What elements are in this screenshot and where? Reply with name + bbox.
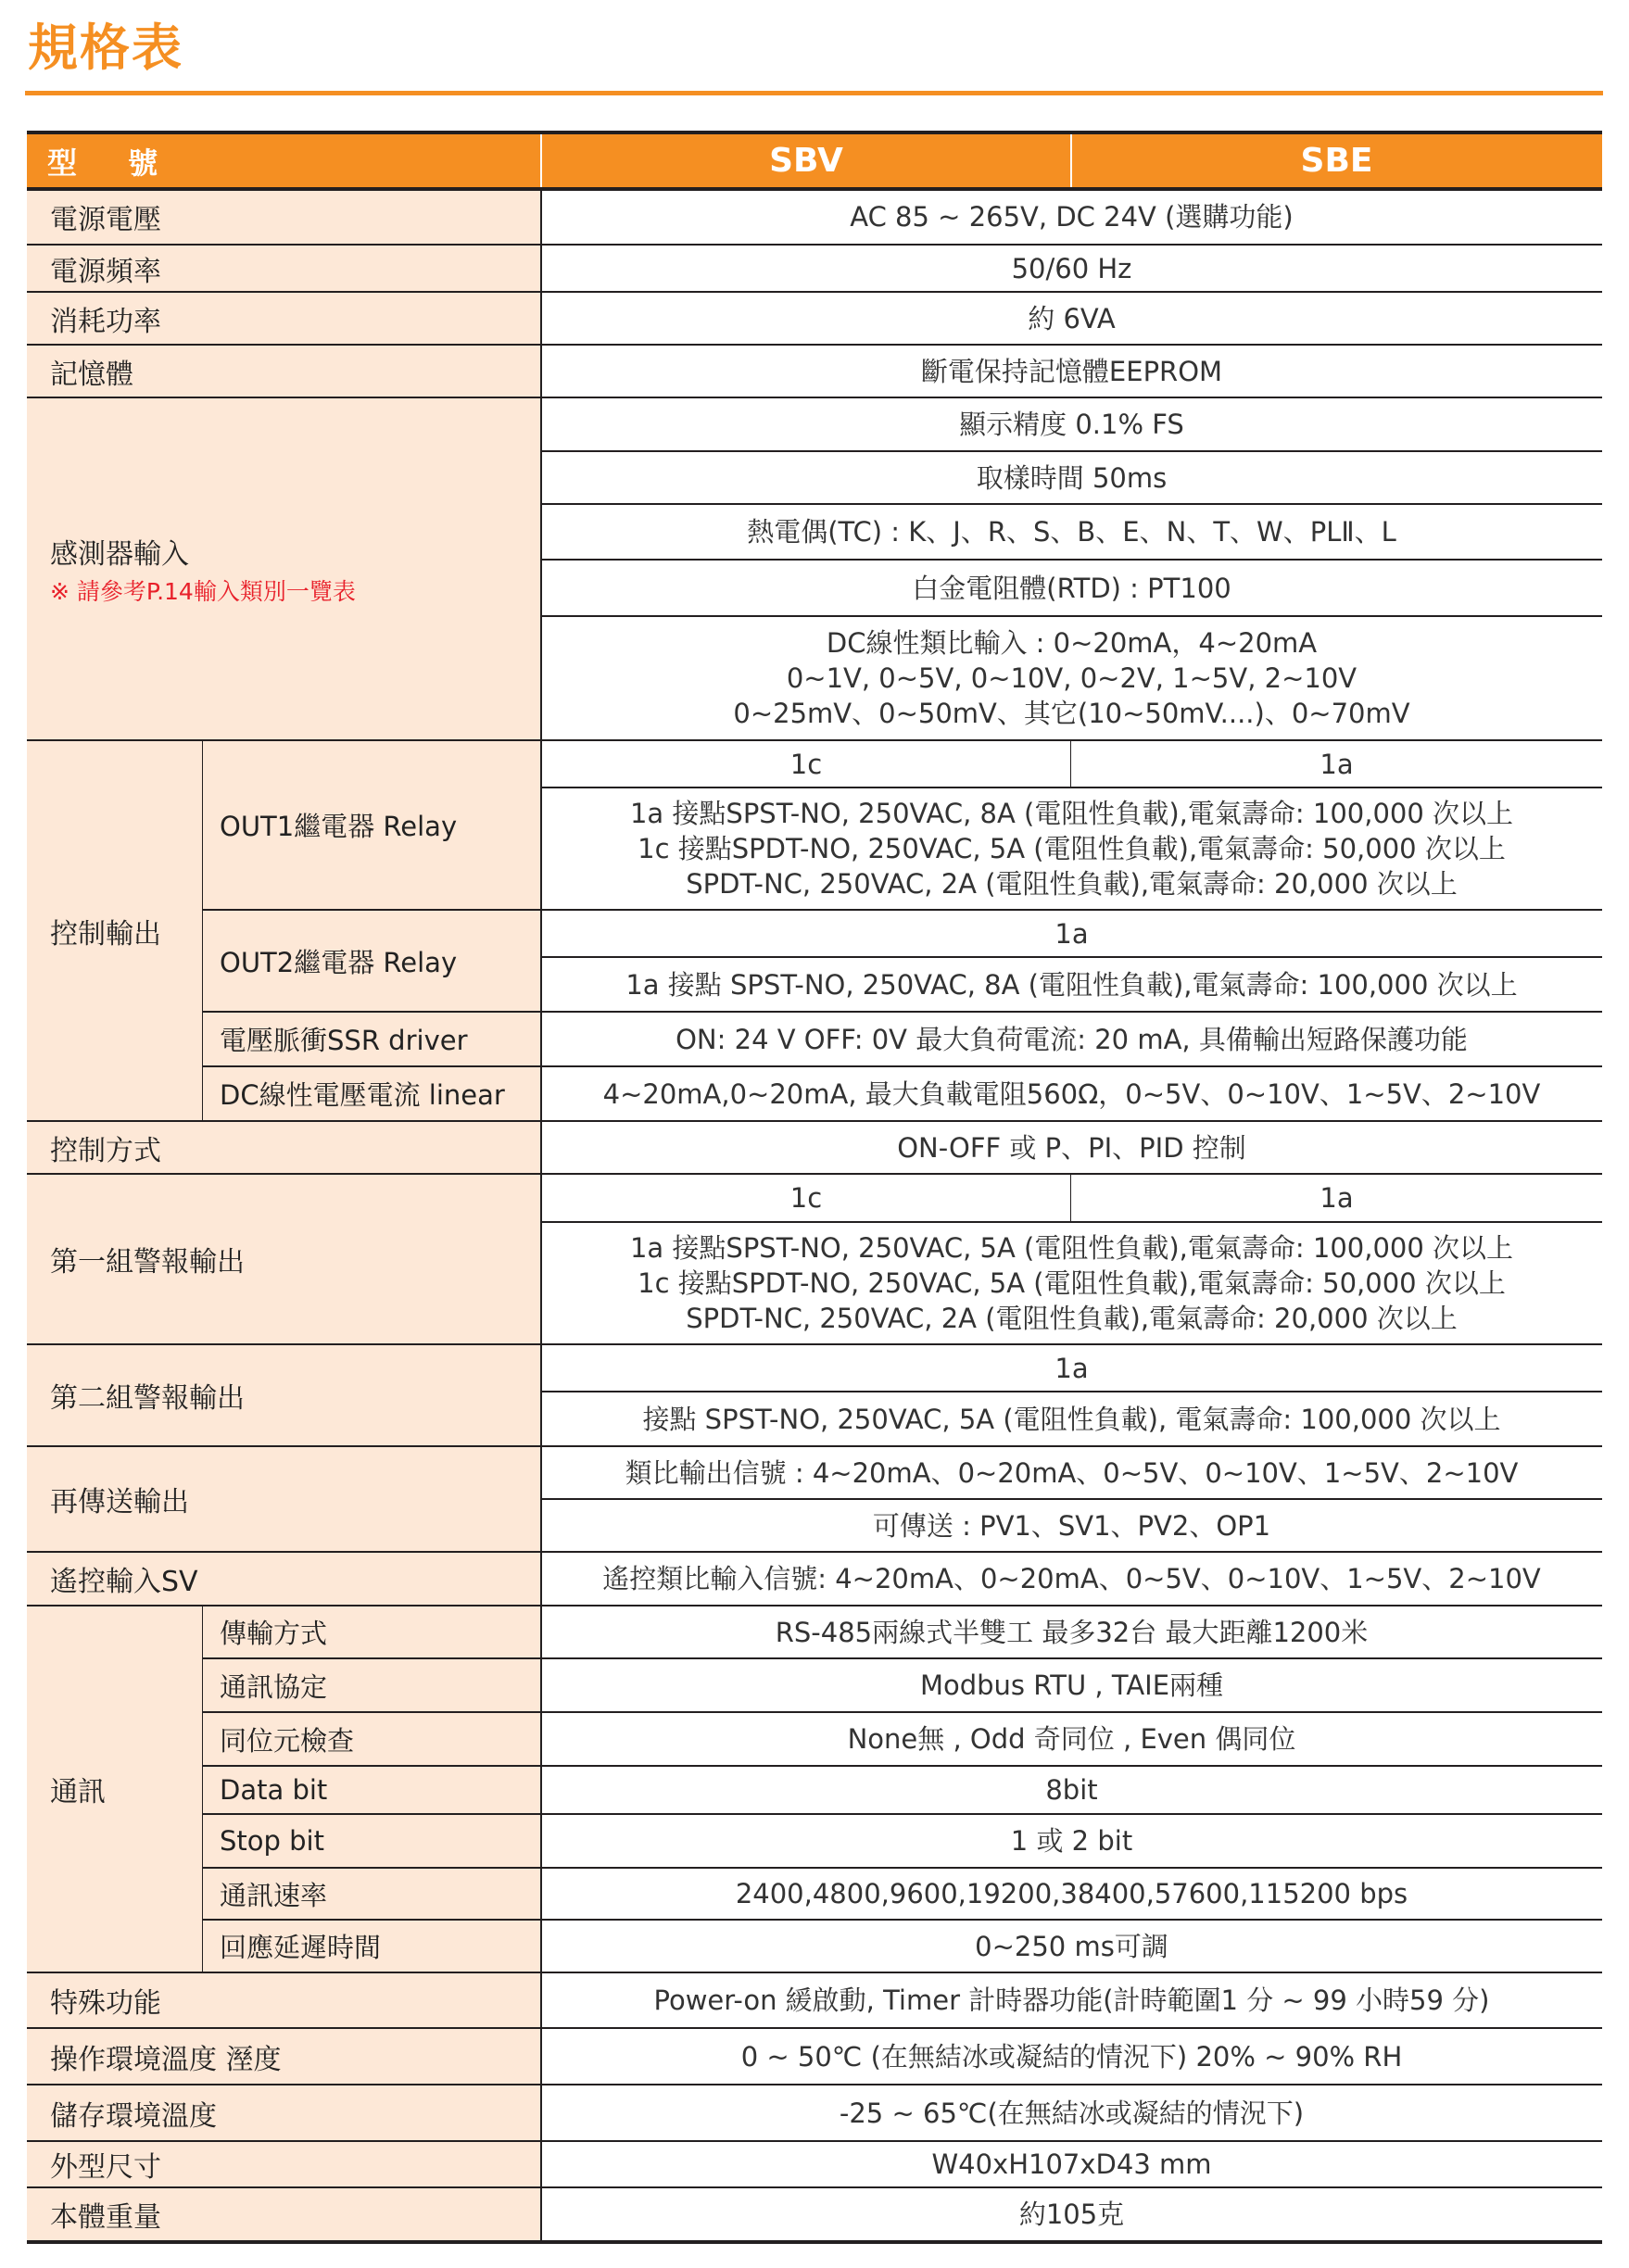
row-divider [203,1867,1602,1869]
row-divider [203,909,1602,911]
value-out2-type: 1a [541,910,1602,957]
value-power-frequency: 50/60 Hz [541,245,1602,292]
dc-input-line-1: DC線性類比輸入 : 0~20mA，4~20mA [827,625,1317,661]
model-split-divider [1070,1174,1071,1222]
label-control-output: 控制輸出 [27,740,203,1121]
value-power-voltage: AC 85 ~ 265V, DC 24V (選購功能) [541,189,1602,245]
label-comm-data-bit: Data bit [203,1766,541,1814]
out1-spec-line-2: 1c 接點SPDT-NO, 250VAC, 5A (電阻性負載),電氣壽命: 5… [638,831,1506,866]
value-dimensions: W40xH107xD43 mm [541,2141,1602,2187]
row-divider [27,2140,1602,2142]
row-divider [27,1972,1602,1973]
header-bottom-border [27,187,1602,191]
header-divider [540,134,542,187]
row-divider [541,615,1602,617]
row-divider [541,956,1602,958]
label-power-voltage: 電源電壓 [27,189,541,245]
label-special-function: 特殊功能 [27,1972,541,2028]
label-ssr-driver: 電壓脈衝SSR driver [203,1012,541,1066]
row-divider [203,1065,1602,1067]
title-underline [25,91,1603,95]
row-divider [203,1813,1602,1815]
row-divider [27,291,1602,293]
row-divider [27,1173,1602,1175]
label-comm-transmission: 傳輸方式 [203,1606,541,1658]
value-comm-baud-rate: 2400,4800,9600,19200,38400,57600,115200 … [541,1868,1602,1920]
label-memory: 記憶體 [27,345,541,397]
row-divider [27,1605,1602,1606]
row-divider [27,397,1602,398]
label-comm-stop-bit: Stop bit [203,1814,541,1868]
value-sampling-time: 取樣時間 50ms [541,451,1602,504]
value-retransmission-signal: 類比輸出信號 : 4~20mA、0~20mA、0~5V、0~10V、1~5V、2… [541,1446,1602,1499]
row-divider [27,1343,1602,1345]
alarm1-spec-line-1: 1a 接點SPST-NO, 250VAC, 5A (電阻性負載),電氣壽命: 1… [630,1230,1513,1266]
value-out1-type-sbv: 1c [541,740,1071,787]
value-comm-stop-bit: 1 或 2 bit [541,1814,1602,1868]
label-value-divider [540,189,542,2240]
model-split-divider [1070,740,1071,787]
label-remote-sv: 遙控輸入SV [27,1552,541,1606]
value-out1-type-sbe: 1a [1071,740,1602,787]
row-divider [203,1919,1602,1921]
value-rtd: 白金電阻體(RTD) : PT100 [541,560,1602,616]
row-divider [27,1551,1602,1553]
sensor-input-note: ※ 請參考P.14輸入類別一覽表 [50,573,356,607]
value-control-method: ON-OFF 或 P、PI、PID 控制 [541,1121,1602,1174]
label-out1-relay: OUT1繼電器 Relay [203,740,541,910]
value-alarm1-type-sbv: 1c [541,1174,1071,1222]
sub-label-divider [202,740,203,1121]
value-comm-parity: None無 , Odd 奇同位 , Even 偶同位 [541,1712,1602,1766]
value-out1-specs: 1a 接點SPST-NO, 250VAC, 8A (電阻性負載),電氣壽命: 1… [541,787,1602,910]
label-alarm1: 第一組警報輸出 [27,1174,541,1344]
row-divider [27,2186,1602,2188]
label-dimensions: 外型尺寸 [27,2141,541,2187]
out1-spec-line-3: SPDT-NC, 250VAC, 2A (電阻性負載),電氣壽命: 20,000… [686,866,1458,901]
header-model-sbv: SBV [541,132,1071,189]
value-ssr-driver: ON: 24 V OFF: 0V 最大負荷電流: 20 mA, 具備輸出短路保護… [541,1012,1602,1066]
value-dc-linear-input: DC線性類比輸入 : 0~20mA，4~20mA 0~1V, 0~5V, 0~1… [541,616,1602,740]
label-weight: 本體重量 [27,2187,541,2241]
value-alarm2-type: 1a [541,1344,1602,1392]
label-control-method: 控制方式 [27,1121,541,1174]
value-comm-data-bit: 8bit [541,1766,1602,1814]
value-memory: 斷電保持記憶體EEPROM [541,345,1602,397]
row-divider [541,450,1602,452]
label-power-frequency: 電源頻率 [27,245,541,292]
header-model-sbe: SBE [1071,132,1602,189]
row-divider [541,1391,1602,1392]
row-divider [203,1711,1602,1713]
header-model-label: 型 號 [27,132,541,189]
alarm1-spec-line-2: 1c 接點SPDT-NO, 250VAC, 5A (電阻性負載),電氣壽命: 5… [638,1266,1506,1301]
dc-input-line-2: 0~1V, 0~5V, 0~10V, 0~2V, 1~5V, 2~10V [787,661,1357,696]
sensor-input-title: 感測器輸入 [50,531,356,572]
value-operating-env: 0 ~ 50℃ (在無結冰或凝結的情況下) 20% ~ 90% RH [541,2028,1602,2085]
row-divider [203,1657,1602,1659]
row-divider [27,2027,1602,2029]
row-divider [541,559,1602,561]
row-divider [27,244,1602,246]
label-comm-baud-rate: 通訊速率 [203,1868,541,1920]
value-alarm2-spec: 接點 SPST-NO, 250VAC, 5A (電阻性負載), 電氣壽命: 10… [541,1392,1602,1446]
value-retransmission-targets: 可傳送 : PV1、SV1、PV2、OP1 [541,1499,1602,1552]
row-divider [27,1120,1602,1122]
label-communication: 通訊 [27,1606,203,1972]
out1-spec-line-1: 1a 接點SPST-NO, 250VAC, 8A (電阻性負載),電氣壽命: 1… [630,796,1513,831]
value-special-function: Power-on 緩啟動, Timer 計時器功能(計時範圍1 分 ~ 99 小… [541,1972,1602,2028]
label-power-consumption: 消耗功率 [27,292,541,345]
label-retransmission: 再傳送輸出 [27,1446,541,1552]
label-comm-parity: 同位元檢查 [203,1712,541,1766]
table-top-border [27,131,1602,134]
row-divider [203,1765,1602,1767]
label-operating-env: 操作環境溫度 溼度 [27,2028,541,2085]
value-storage-temp: -25 ~ 65℃(在無結冰或凝結的情況下) [541,2085,1602,2141]
label-alarm2: 第二組警報輸出 [27,1344,541,1446]
label-dc-linear: DC線性電壓電流 linear [203,1066,541,1121]
value-comm-response-delay: 0~250 ms可調 [541,1920,1602,1972]
value-thermocouple: 熱電偶(TC) : K、J、R、S、B、E、N、T、W、PLⅡ、L [541,504,1602,560]
row-divider [27,344,1602,346]
dc-input-line-3: 0~25mV、0~50mV、其它(10~50mV....)、0~70mV [733,696,1409,731]
row-divider [541,1221,1602,1223]
value-alarm1-type-sbe: 1a [1071,1174,1602,1222]
label-comm-protocol: 通訊協定 [203,1658,541,1712]
value-dc-linear: 4~20mA,0~20mA, 最大負載電阻560Ω，0~5V、0~10V、1~5… [541,1066,1602,1121]
label-storage-temp: 儲存環境溫度 [27,2085,541,2141]
label-comm-response-delay: 回應延遲時間 [203,1920,541,1972]
value-out2-spec: 1a 接點 SPST-NO, 250VAC, 8A (電阻性負載),電氣壽命: … [541,957,1602,1012]
row-divider [541,787,1602,788]
row-divider [541,1498,1602,1500]
page-title: 規格表 [28,20,183,76]
row-divider [541,503,1602,505]
row-divider [203,1011,1602,1013]
value-remote-sv: 遙控類比輸入信號: 4~20mA、0~20mA、0~5V、0~10V、1~5V、… [541,1552,1602,1606]
value-power-consumption: 約 6VA [541,292,1602,345]
value-comm-protocol: Modbus RTU , TAIE兩種 [541,1658,1602,1712]
alarm1-spec-line-3: SPDT-NC, 250VAC, 2A (電阻性負載),電氣壽命: 20,000… [686,1301,1458,1336]
row-divider [27,739,1602,741]
value-weight: 約105克 [541,2187,1602,2241]
label-sensor-input: 感測器輸入 ※ 請參考P.14輸入類別一覽表 [27,397,541,740]
sub-label-divider [202,1606,203,1972]
header-divider [1070,134,1072,187]
value-display-accuracy: 顯示精度 0.1% FS [541,397,1602,451]
row-divider [27,1445,1602,1447]
value-alarm1-specs: 1a 接點SPST-NO, 250VAC, 5A (電阻性負載),電氣壽命: 1… [541,1222,1602,1344]
table-bottom-border [27,2240,1602,2244]
row-divider [27,2084,1602,2085]
value-comm-transmission: RS-485兩線式半雙工 最多32台 最大距離1200米 [541,1606,1602,1658]
label-out2-relay: OUT2繼電器 Relay [203,910,541,1012]
